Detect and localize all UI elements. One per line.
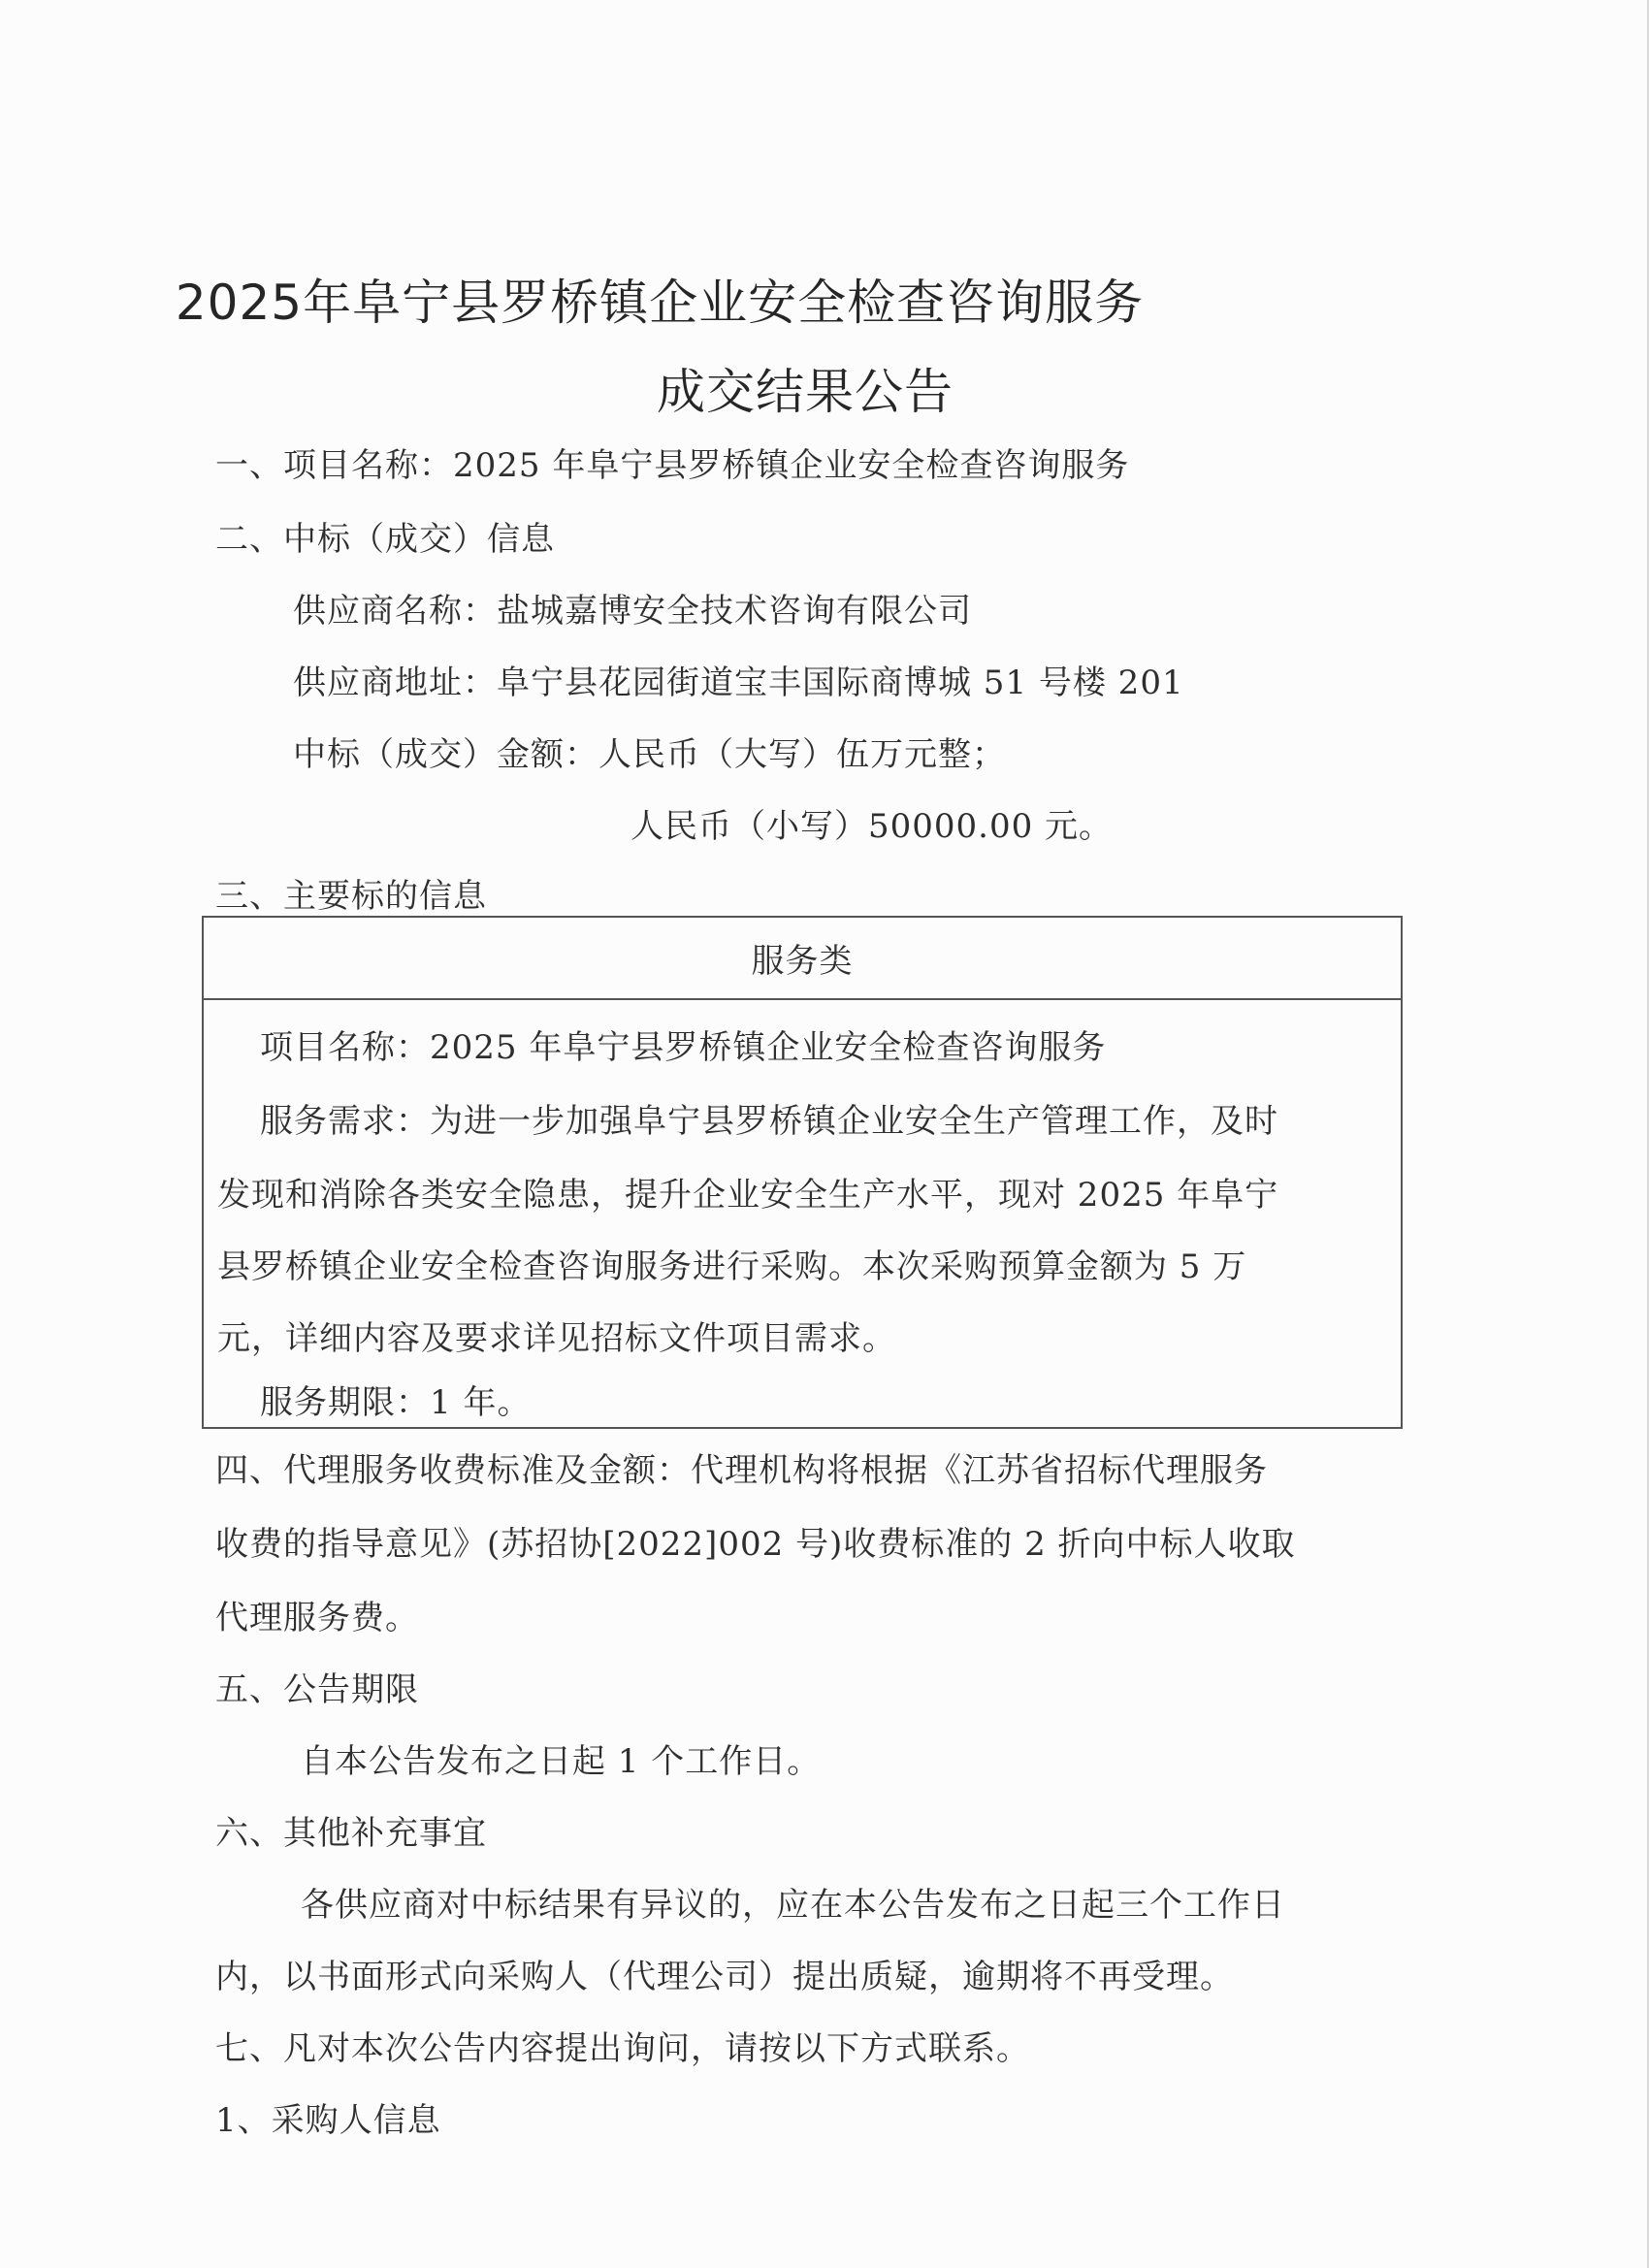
- section-4-line-1: 四、代理服务收费标准及金额：代理机构将根据《江苏省招标代理服务: [215, 1451, 1268, 1490]
- section-6-heading: 六、其他补充事宜: [215, 1814, 487, 1853]
- section-4-line-3: 代理服务费。: [215, 1599, 419, 1637]
- table-demand-line-1: 服务需求：为进一步加强阜宁县罗桥镇企业安全生产管理工作，及时: [260, 1102, 1278, 1141]
- table-service-period: 服务期限：1 年。: [260, 1383, 531, 1422]
- table-demand-line-3: 县罗桥镇企业安全检查咨询服务进行采购。本次采购预算金额为 5 万: [217, 1247, 1246, 1286]
- section-1-project-name: 一、项目名称：2025 年阜宁县罗桥镇企业安全检查咨询服务: [215, 446, 1129, 485]
- award-amount-lower: 人民币（小写）50000.00 元。: [630, 807, 1113, 846]
- document-page: 2025年阜宁县罗桥镇企业安全检查咨询服务 成交结果公告 一、项目名称：2025…: [0, 0, 1649, 2268]
- section-7-heading: 七、凡对本次公告内容提出询问，请按以下方式联系。: [215, 2029, 1030, 2068]
- table-demand-line-2: 发现和消除各类安全隐患，提升企业安全生产水平，现对 2025 年阜宁: [217, 1176, 1278, 1215]
- section-7-sub-1: 1、采购人信息: [215, 2101, 441, 2140]
- section-5-body: 自本公告发布之日起 1 个工作日。: [301, 1742, 821, 1781]
- supplier-name: 供应商名称：盐城嘉博安全技术咨询有限公司: [293, 592, 972, 631]
- award-amount-upper: 中标（成交）金额：人民币（大写）伍万元整；: [293, 735, 1006, 774]
- section-3-heading: 三、主要标的信息: [215, 877, 487, 916]
- title-line-2: 成交结果公告: [0, 353, 1610, 423]
- subject-info-table: 服务类 项目名称：2025 年阜宁县罗桥镇企业安全检查咨询服务 服务需求：为进一…: [202, 916, 1403, 1429]
- section-6-line-1: 各供应商对中标结果有异议的，应在本公告发布之日起三个工作日: [301, 1886, 1285, 1925]
- section-6-line-2: 内，以书面形式向采购人（代理公司）提出质疑，逾期将不再受理。: [215, 1958, 1234, 1996]
- supplier-address: 供应商地址：阜宁县花园街道宝丰国际商博城 51 号楼 201: [293, 664, 1184, 702]
- table-header-service-category: 服务类: [752, 934, 854, 982]
- title-line-1: 2025年阜宁县罗桥镇企业安全检查咨询服务: [0, 264, 1319, 334]
- table-demand-line-4: 元，详细内容及要求详见招标文件项目需求。: [217, 1319, 896, 1358]
- section-2-heading: 二、中标（成交）信息: [215, 520, 555, 559]
- section-5-heading: 五、公告期限: [215, 1670, 419, 1709]
- section-4-line-2: 收费的指导意见》(苏招协[2022]002 号)收费标准的 2 折向中标人收取: [215, 1525, 1296, 1564]
- table-project-name: 项目名称：2025 年阜宁县罗桥镇企业安全检查咨询服务: [260, 1028, 1106, 1067]
- table-header-row: 服务类: [204, 918, 1401, 1000]
